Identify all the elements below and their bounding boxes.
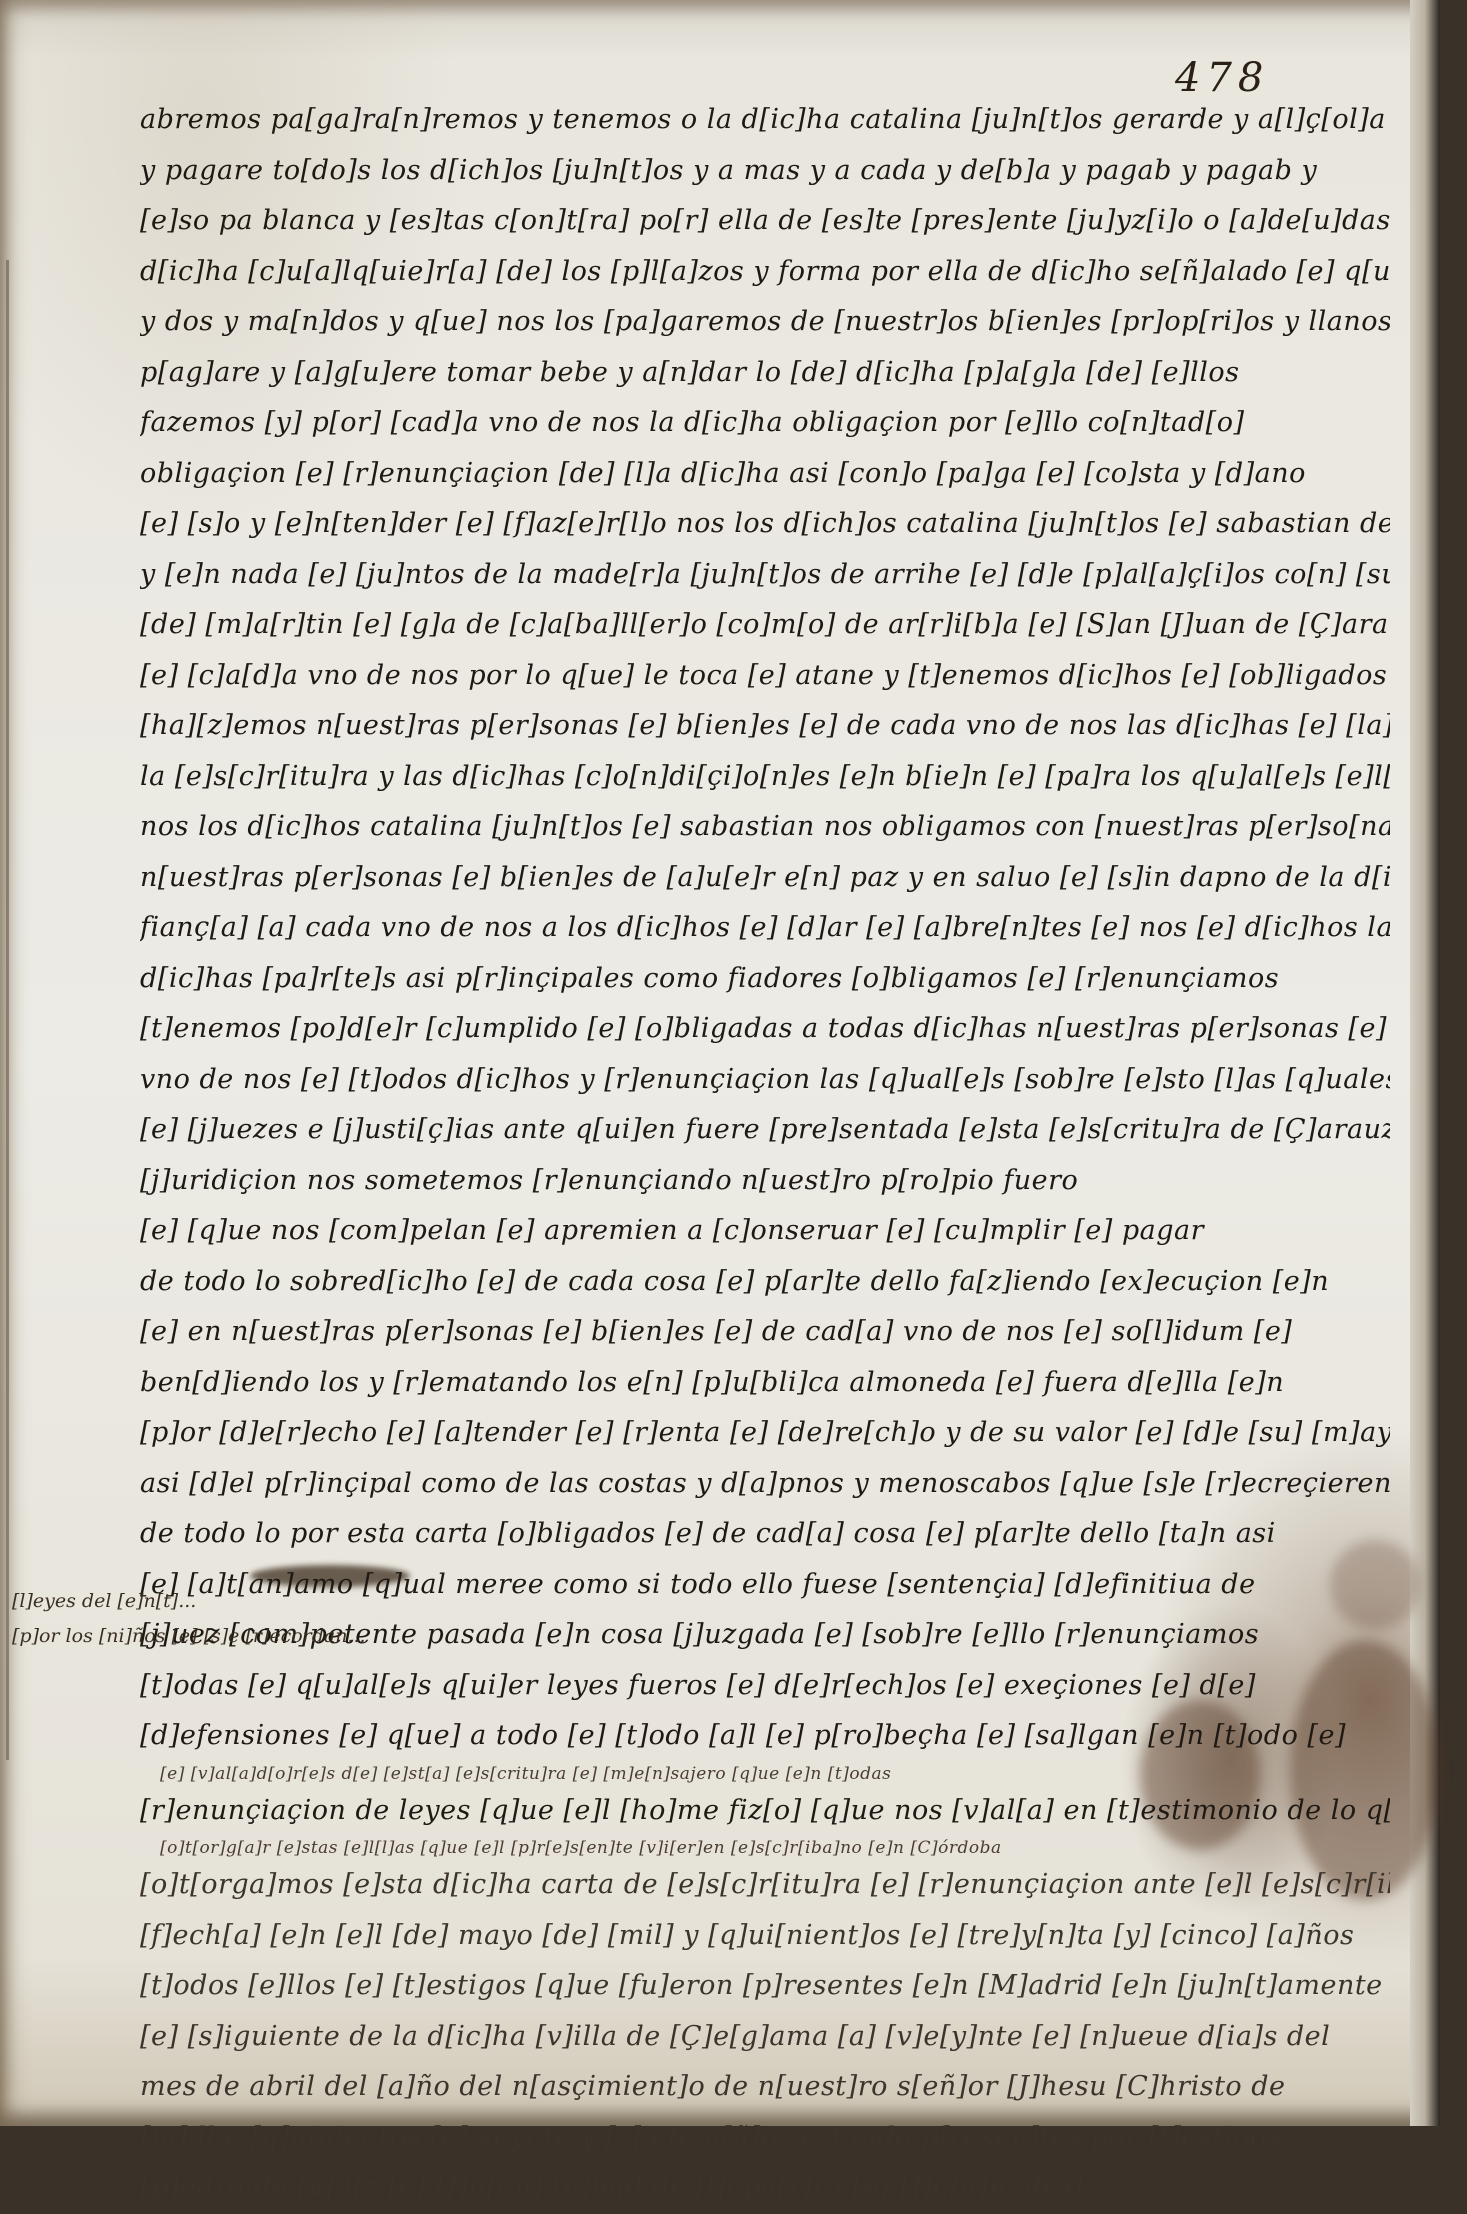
manuscript-line: de todo lo sobred[ic]ho [e] de cada cosa… xyxy=(140,1257,1390,1308)
manuscript-line: nos los d[ic]hos catalina [ju]n[t]os [e]… xyxy=(140,802,1390,853)
manuscript-line: mes de abril del [a]ño del n[asçimient]o… xyxy=(140,2062,1390,2113)
manuscript-line: [o]t[orga]mos [e]sta d[ic]ha carta de [e… xyxy=(140,1860,1390,1911)
manuscript-line: [p]or [d]e[r]echo [e] [a]tender [e] [r]e… xyxy=(140,1408,1390,1459)
manuscript-line: [e] en n[uest]ras p[er]sonas [e] b[ien]e… xyxy=(140,1307,1390,1358)
manuscript-line: y [e]n nada [e] [ju]ntos de la made[r]a … xyxy=(140,550,1390,601)
manuscript-line: [t]enemos [po]d[e]r [c]umplido [e] [o]bl… xyxy=(140,1004,1390,1055)
manuscript-line: [e] [c]a[d]a vno de nos por lo q[ue] le … xyxy=(140,651,1390,702)
manuscript-line: [m]ill e [q]uinientos [e] veynte y [s]ie… xyxy=(140,2113,1390,2127)
interlinear-note: [e] [v]al[a]d[o]r[e]s d[e] [e]st[a] [e]s… xyxy=(140,1762,1390,1786)
manuscript-text: abremos pa[ga]ra[n]remos y tenemos o la … xyxy=(140,95,1390,2126)
manuscript-line: p[ag]are y [a]g[u]ere tomar bebe y a[n]d… xyxy=(140,348,1390,399)
manuscript-page: 478 abremos pa[ga]ra[n]remos y tenemos o… xyxy=(0,0,1440,2126)
manuscript-line: de todo lo por esta carta [o]bligados [e… xyxy=(140,1509,1390,1560)
manuscript-line: fazemos [y] p[or] [cad]a vno de nos la d… xyxy=(140,398,1390,449)
manuscript-line: [e] [j]uezes e [j]usti[ç]ias ante q[ui]e… xyxy=(140,1105,1390,1156)
manuscript-line: [j]uridiçion nos sometemos [r]enunçiando… xyxy=(140,1156,1390,1207)
manuscript-line: [f]ech[a] [e]n [e]l [de] mayo [de] [mil]… xyxy=(140,1911,1390,1962)
manuscript-line: [r]enunçiaçion de leyes [q]ue [e]l [ho]m… xyxy=(140,1786,1390,1837)
manuscript-line: [t]odos [e]llos [e] [t]estigos [q]ue [fu… xyxy=(140,1961,1390,2012)
margin-note: [l]eyes del [e]n[t]... xyxy=(12,1590,196,1612)
manuscript-line: [e] [s]o y [e]n[ten]der [e] [f]az[e]r[l]… xyxy=(140,499,1390,550)
manuscript-line: fianç[a] [a] cada vno de nos a los d[ic]… xyxy=(140,903,1390,954)
manuscript-line: la [e]s[c]r[itu]ra y las d[ic]has [c]o[n… xyxy=(140,752,1390,803)
manuscript-line: [e]so pa blanca y [es]tas c[on]t[ra] po[… xyxy=(140,196,1390,247)
manuscript-line: d[ic]ha [c]u[a]lq[uie]r[a] [de] los [p]l… xyxy=(140,247,1390,298)
manuscript-line: abremos pa[ga]ra[n]remos y tenemos o la … xyxy=(140,95,1390,146)
manuscript-line: d[ic]has [pa]r[te]s asi p[r]inçipales co… xyxy=(140,954,1390,1005)
manuscript-line: [e] [q]ue nos [com]pelan [e] apremien a … xyxy=(140,1206,1390,1257)
margin-note: [p]or los [ni]ños [e] [s]e [r]ecordan... xyxy=(12,1625,366,1647)
manuscript-line: y pagare to[do]s los d[ich]os [ju]n[t]os… xyxy=(140,146,1390,197)
binding-line xyxy=(6,260,9,1760)
manuscript-line: y dos y ma[n]dos y q[ue] nos los [pa]gar… xyxy=(140,297,1390,348)
manuscript-line: [de] [m]a[r]tin [e] [g]a de [c]a[ba]ll[e… xyxy=(140,600,1390,651)
interlinear-note: [o]t[or]g[a]r [e]stas [e]l[l]as [q]ue [e… xyxy=(140,1836,1390,1860)
manuscript-line: obligaçion [e] [r]enunçiaçion [de] [l]a … xyxy=(140,449,1390,500)
manuscript-line: vno de nos [e] [t]odos d[ic]hos y [r]enu… xyxy=(140,1055,1390,1106)
manuscript-line: [ha][z]emos n[uest]ras p[er]sonas [e] b[… xyxy=(140,701,1390,752)
manuscript-line: ben[d]iendo los y [r]ematando los e[n] [… xyxy=(140,1358,1390,1409)
manuscript-line: [e] [a]t[an]amo [q]ual meree como si tod… xyxy=(140,1560,1390,1611)
manuscript-line: [e] [s]iguiente de la d[ic]ha [v]illa de… xyxy=(140,2012,1390,2063)
manuscript-line: [d]efensiones [e] q[ue] a todo [e] [t]od… xyxy=(140,1711,1390,1762)
manuscript-line: asi [d]el p[r]inçipal como de las costas… xyxy=(140,1459,1390,1510)
manuscript-line: [t]odas [e] q[u]al[e]s q[ui]er leyes fue… xyxy=(140,1661,1390,1712)
manuscript-line: n[uest]ras p[er]sonas [e] b[ien]es de [a… xyxy=(140,853,1390,904)
